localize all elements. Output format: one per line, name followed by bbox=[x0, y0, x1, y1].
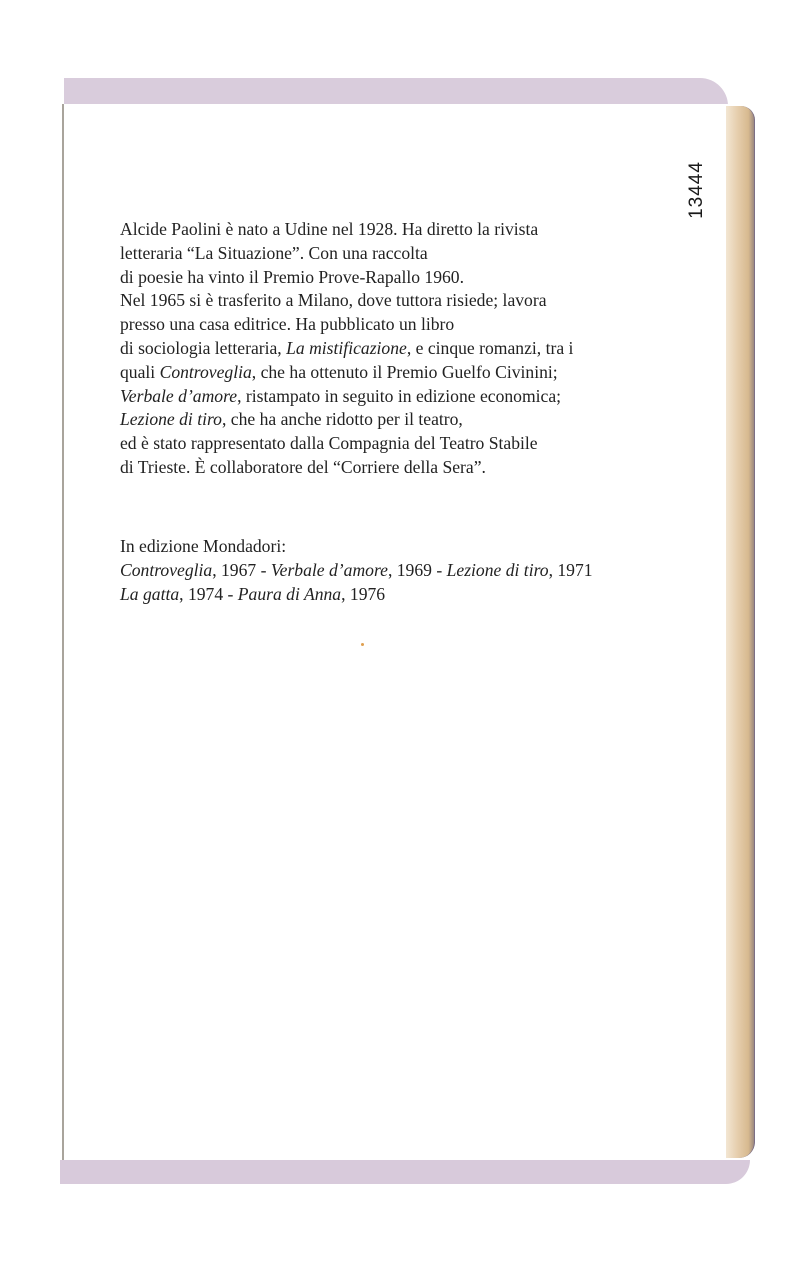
bio-line: Lezione di tiro, che ha anche ridotto pe… bbox=[120, 408, 680, 432]
book-title: Verbale d’amore bbox=[271, 560, 388, 580]
bio-line: presso una casa editrice. Ha pubblicato … bbox=[120, 313, 680, 337]
separator: - bbox=[223, 584, 238, 604]
bio-line: di sociologia letteraria, La mistificazi… bbox=[120, 337, 680, 361]
works-heading: In edizione Mondadori: bbox=[120, 535, 700, 559]
bio-line: Nel 1965 si è trasferito a Milano, dove … bbox=[120, 289, 680, 313]
book-title: Lezione di tiro bbox=[120, 409, 222, 429]
book-title: Controveglia bbox=[120, 560, 212, 580]
text: di sociologia letteraria, bbox=[120, 338, 286, 358]
works-line: Controveglia, 1967 - Verbale d’amore, 19… bbox=[120, 559, 700, 583]
text: , che ha ottenuto il Premio Guelfo Civin… bbox=[252, 362, 558, 382]
bio-line: di poesie ha vinto il Premio Prove-Rapal… bbox=[120, 266, 680, 290]
bio-line: quali Controveglia, che ha ottenuto il P… bbox=[120, 361, 680, 385]
year: , 1974 bbox=[179, 584, 223, 604]
book-title: La mistificazione bbox=[286, 338, 407, 358]
works-line: La gatta, 1974 - Paura di Anna, 1976 bbox=[120, 583, 700, 607]
bottom-edge-shadow bbox=[60, 1160, 750, 1184]
year: , 1976 bbox=[341, 584, 385, 604]
text: quali bbox=[120, 362, 160, 382]
author-biography: Alcide Paolini è nato a Udine nel 1928. … bbox=[120, 218, 680, 480]
paper-speck bbox=[361, 643, 364, 646]
works-list: In edizione Mondadori: Controveglia, 196… bbox=[120, 535, 700, 606]
separator: - bbox=[432, 560, 447, 580]
book-title: Verbale d’amore bbox=[120, 386, 237, 406]
separator: - bbox=[256, 560, 271, 580]
top-edge-shadow bbox=[64, 78, 728, 106]
bio-line: letteraria “La Situazione”. Con una racc… bbox=[120, 242, 680, 266]
bio-line: Alcide Paolini è nato a Udine nel 1928. … bbox=[120, 218, 680, 242]
book-title: Controveglia bbox=[160, 362, 252, 382]
bio-line: Verbale d’amore, ristampato in seguito i… bbox=[120, 385, 680, 409]
text: , che ha anche ridotto per il teatro, bbox=[222, 409, 463, 429]
year: , 1969 bbox=[388, 560, 432, 580]
text: , ristampato in seguito in edizione econ… bbox=[237, 386, 561, 406]
catalog-number: 13444 bbox=[686, 161, 708, 219]
book-title: Paura di Anna bbox=[238, 584, 341, 604]
book-title: La gatta bbox=[120, 584, 179, 604]
text: , e cinque romanzi, tra i bbox=[407, 338, 574, 358]
bio-line: di Trieste. È collaboratore del “Corrier… bbox=[120, 456, 680, 480]
book-title: Lezione di tiro bbox=[447, 560, 549, 580]
book-spine bbox=[726, 106, 755, 1158]
bio-line: ed è stato rappresentato dalla Compagnia… bbox=[120, 432, 680, 456]
year: , 1971 bbox=[549, 560, 593, 580]
year: , 1967 bbox=[212, 560, 256, 580]
